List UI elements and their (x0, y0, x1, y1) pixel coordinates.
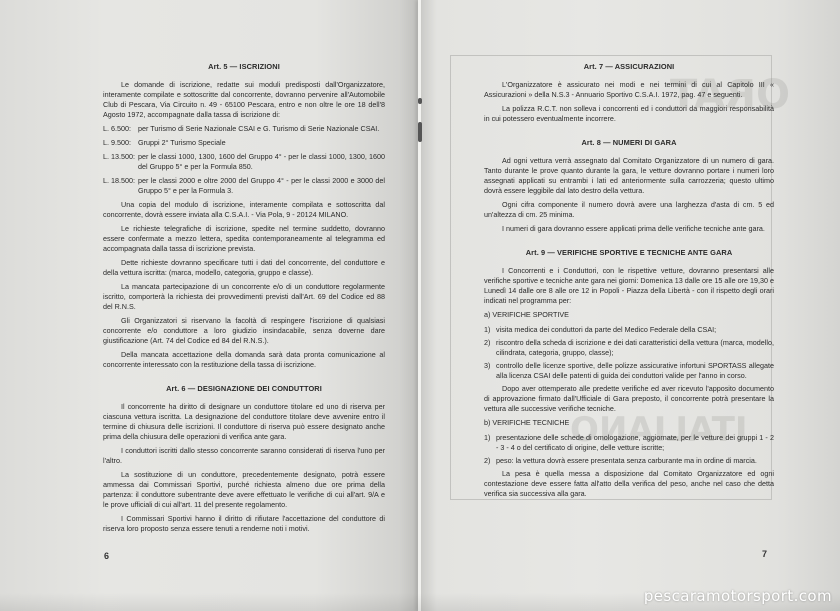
fee-amount: L. 18.500: (103, 176, 138, 196)
section-a-heading: a) VERIFICHE SPORTIVE (484, 310, 774, 320)
list-item-number: 1) (484, 325, 496, 335)
section-b-heading: b) VERIFICHE TECNICHE (484, 418, 774, 428)
right-page-content: Art. 7 — ASSICURAZIONI L'Organizzatore è… (484, 62, 774, 503)
list-item: 2) riscontro della scheda di iscrizione … (484, 338, 774, 358)
list-item: 1) visita medica dei conduttori da parte… (484, 325, 774, 335)
fee-amount: L. 9.500: (103, 138, 138, 148)
art8-paragraph: Ad ogni vettura verrà assegnato dal Comi… (484, 156, 774, 196)
section-b-after: La pesa è quella messa a disposizione da… (484, 469, 774, 499)
art6-paragraph: Il concorrente ha diritto di designare u… (103, 402, 385, 442)
fee-amount: L. 6.500: (103, 124, 138, 134)
art6-title: Art. 6 — DESIGNAZIONE DEI CONDUTTORI (103, 384, 385, 394)
page-number-left: 6 (104, 551, 109, 561)
art6-paragraph: I conduttori iscritti dallo stesso conco… (103, 446, 385, 466)
left-page-content: Art. 5 — ISCRIZIONI Le domande di iscriz… (103, 62, 385, 538)
fee-desc: per le classi 1000, 1300, 1600 del Grupp… (138, 152, 385, 172)
page-left: Art. 5 — ISCRIZIONI Le domande di iscriz… (0, 0, 420, 611)
art8-paragraph: I numeri di gara dovranno essere applica… (484, 224, 774, 234)
list-item: 2) peso: la vettura dovrà essere present… (484, 456, 774, 466)
art6-paragraph: I Commissari Sportivi hanno il diritto d… (103, 514, 385, 534)
fee-row: L. 6.500: per Turismo di Serie Nazionale… (103, 124, 385, 134)
page-right: ORAT ITALIANO Art. 7 — ASSICURAZIONI L'O… (420, 0, 840, 611)
page-number-right: 7 (762, 549, 767, 559)
art5-paragraph: Una copia del modulo di iscrizione, inte… (103, 200, 385, 220)
staple (418, 122, 422, 142)
art7-title: Art. 7 — ASSICURAZIONI (484, 62, 774, 72)
list-item-text: visita medica dei conduttori da parte de… (496, 325, 774, 335)
art5-paragraph: Della mancata accettazione della domanda… (103, 350, 385, 370)
art9-title: Art. 9 — VERIFICHE SPORTIVE E TECNICHE A… (484, 248, 774, 258)
list-item: 1) presentazione delle schede di omologa… (484, 433, 774, 453)
list-item: 3) controllo delle licenze sportive, del… (484, 361, 774, 381)
list-item-number: 1) (484, 433, 496, 453)
list-item-text: controllo delle licenze sportive, delle … (496, 361, 774, 381)
art7-paragraph: L'Organizzatore è assicurato nei modi e … (484, 80, 774, 100)
list-item-text: presentazione delle schede di omologazio… (496, 433, 774, 453)
list-item-number: 2) (484, 456, 496, 466)
art5-paragraph: Le richieste telegrafiche di iscrizione,… (103, 224, 385, 254)
art5-paragraph: Dette richieste dovranno specificare tut… (103, 258, 385, 278)
fee-desc: Gruppi 2° Turismo Speciale (138, 138, 385, 148)
art5-intro: Le domande di iscrizione, redatte sui mo… (103, 80, 385, 120)
art8-title: Art. 8 — NUMERI DI GARA (484, 138, 774, 148)
art7-paragraph: La polizza R.C.T. non solleva i concorre… (484, 104, 774, 124)
list-item-text: peso: la vettura dovrà essere presentata… (496, 456, 774, 466)
fee-row: L. 13.500: per le classi 1000, 1300, 160… (103, 152, 385, 172)
section-a-after: Dopo aver ottemperato alle predette veri… (484, 384, 774, 414)
art5-title: Art. 5 — ISCRIZIONI (103, 62, 385, 72)
fee-desc: per Turismo di Serie Nazionale CSAI e G.… (138, 124, 385, 134)
staple (418, 98, 422, 104)
art5-paragraph: Gli Organizzatori si riservano la facolt… (103, 316, 385, 346)
fee-desc: per le classi 2000 e oltre 2000 del Grup… (138, 176, 385, 196)
fee-amount: L. 13.500: (103, 152, 138, 172)
fee-row: L. 18.500: per le classi 2000 e oltre 20… (103, 176, 385, 196)
list-item-number: 3) (484, 361, 496, 381)
watermark: pescaramotorsport.com (644, 587, 832, 605)
art5-paragraph: La mancata partecipazione di un concorre… (103, 282, 385, 312)
list-item-number: 2) (484, 338, 496, 358)
book-spine (418, 0, 421, 611)
art6-paragraph: La sostituzione di un conduttore, preced… (103, 470, 385, 510)
art9-intro: I Concorrenti e i Conduttori, con le ris… (484, 266, 774, 306)
booklet-spread: Art. 5 — ISCRIZIONI Le domande di iscriz… (0, 0, 840, 611)
fee-row: L. 9.500: Gruppi 2° Turismo Speciale (103, 138, 385, 148)
list-item-text: riscontro della scheda di iscrizione e d… (496, 338, 774, 358)
art8-paragraph: Ogni cifra componente il numero dovrà av… (484, 200, 774, 220)
